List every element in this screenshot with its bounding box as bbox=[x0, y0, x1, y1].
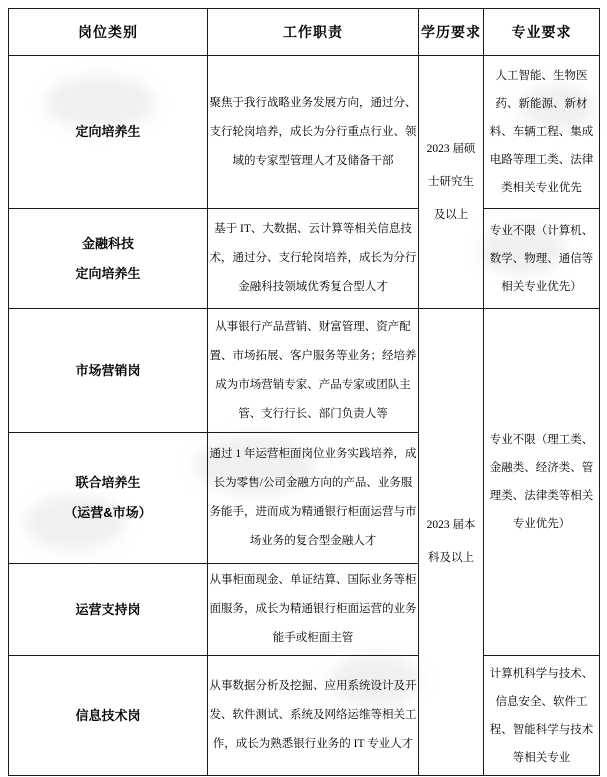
table-row: 定向培养生 聚焦于我行战略业务发展方向，通过分、支行轮岗培养，成长为分行重点行业… bbox=[9, 56, 600, 209]
header-position-category: 岗位类别 bbox=[9, 9, 208, 56]
major-requirement-cell: 专业不限（计算机、数学、物理、通信等相关专业优先） bbox=[484, 209, 600, 309]
position-category-cell: 市场营销岗 bbox=[9, 309, 208, 433]
job-duty-cell: 聚焦于我行战略业务发展方向，通过分、支行轮岗培养，成长为分行重点行业、领域的专家… bbox=[208, 56, 419, 209]
position-category-cell: 金融科技 定向培养生 bbox=[9, 209, 208, 309]
position-category-cell: 运营支持岗 bbox=[9, 564, 208, 656]
header-major-requirement: 专业要求 bbox=[484, 9, 600, 56]
education-requirement-cell: 2023 届本科及以上 bbox=[419, 309, 484, 776]
job-duty-cell: 基于 IT、大数据、云计算等相关信息技术，通过分、支行轮岗培养，成长为分行金融科… bbox=[208, 209, 419, 309]
position-category-cell: 定向培养生 bbox=[9, 56, 208, 209]
position-category-cell: 信息技术岗 bbox=[9, 656, 208, 776]
job-duty-cell: 通过 1 年运营柜面岗位业务实践培养，成长为零售/公司金融方向的产品、业务服务能… bbox=[208, 433, 419, 564]
job-duty-cell: 从事银行产品营销、财富管理、资产配置、市场拓展、客户服务等业务；经培养成为市场营… bbox=[208, 309, 419, 433]
recruitment-positions-table: 岗位类别 工作职责 学历要求 专业要求 定向培养生 聚焦于我行战略业务发展方向，… bbox=[8, 8, 600, 776]
document-page: 岗位类别 工作职责 学历要求 专业要求 定向培养生 聚焦于我行战略业务发展方向，… bbox=[0, 0, 607, 777]
major-requirement-cell: 专业不限（理工类、金融类、经济类、管理类、法律类等相关专业优先） bbox=[484, 309, 600, 656]
major-requirement-cell: 计算机科学与技术、信息安全、软件工程、智能科学与技术等相关专业 bbox=[484, 656, 600, 776]
job-duty-cell: 从事柜面现金、单证结算、国际业务等柜面服务，成长为精通银行柜面运营的业务能手或柜… bbox=[208, 564, 419, 656]
job-duty-cell: 从事数据分析及挖掘、应用系统设计及开发、软件测试、系统及网络运维等相关工作，成长… bbox=[208, 656, 419, 776]
table-row: 市场营销岗 从事银行产品营销、财富管理、资产配置、市场拓展、客户服务等业务；经培… bbox=[9, 309, 600, 433]
table-row: 金融科技 定向培养生 基于 IT、大数据、云计算等相关信息技术，通过分、支行轮岗… bbox=[9, 209, 600, 309]
header-education-requirement: 学历要求 bbox=[419, 9, 484, 56]
position-category-cell: 联合培养生 （运营&市场） bbox=[9, 433, 208, 564]
header-job-duty: 工作职责 bbox=[208, 9, 419, 56]
table-row: 信息技术岗 从事数据分析及挖掘、应用系统设计及开发、软件测试、系统及网络运维等相… bbox=[9, 656, 600, 776]
major-requirement-cell: 人工智能、生物医药、新能源、新材料、车辆工程、集成电路等理工类、法律类相关专业优… bbox=[484, 56, 600, 209]
table-header-row: 岗位类别 工作职责 学历要求 专业要求 bbox=[9, 9, 600, 56]
education-requirement-cell: 2023 届硕士研究生及以上 bbox=[419, 56, 484, 309]
